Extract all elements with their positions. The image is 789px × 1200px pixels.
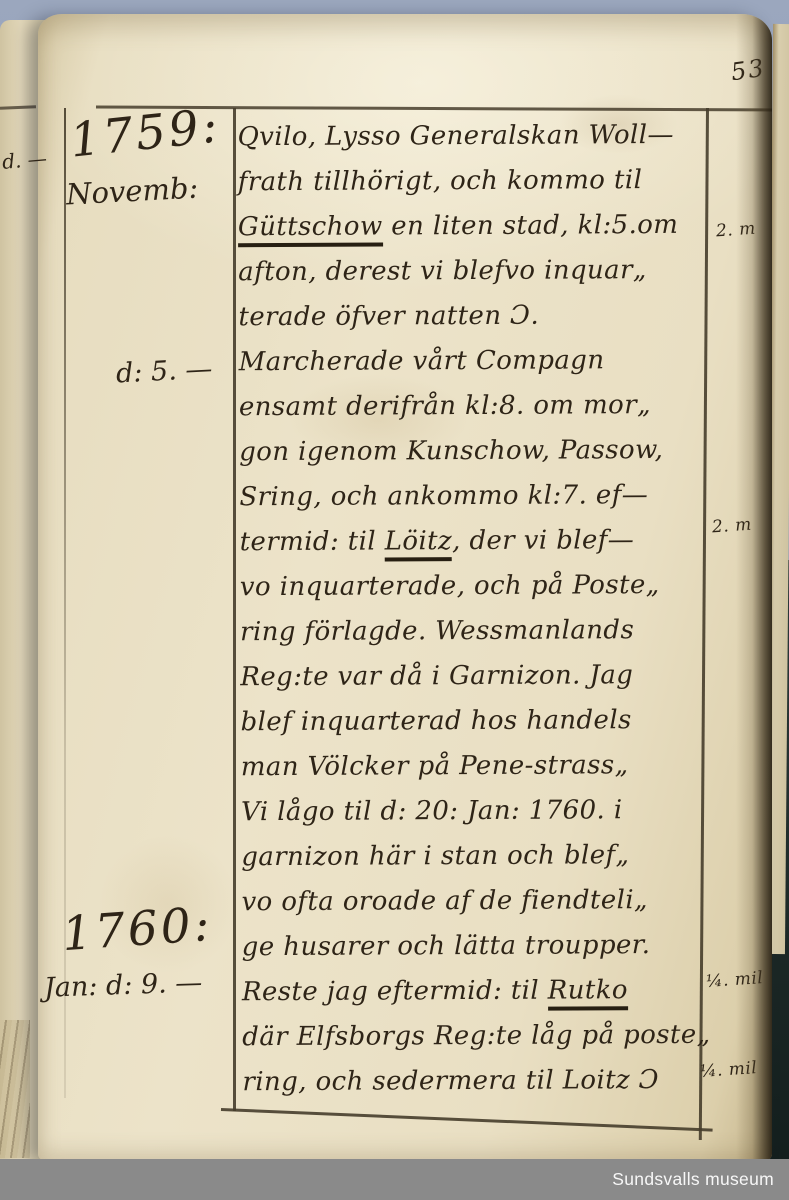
journal-line: Reste jag eftermid: til Rutko [242, 968, 710, 1015]
previous-page-text-fragment: d. — [1, 146, 47, 174]
journal-line: afton, derest vi blefvo inquar„ [238, 248, 706, 295]
manuscript-page: 53 1759: Novemb: d: 5. — 1760: Jan: d: 9… [38, 14, 772, 1160]
journal-line: Qvilo, Lysso Generalskan Woll— [237, 113, 705, 160]
journal-line: terade öfver natten Ɔ. [238, 293, 706, 340]
table-rule-bottom [221, 1108, 713, 1132]
journal-line: ensamt derifrån kl:8. om mor„ [239, 383, 707, 430]
date-day-5: d: 5. — [115, 354, 213, 390]
museum-credit: Sundsvalls museum [612, 1159, 774, 1200]
journal-line: gon igenom Kunschow, Passow, [239, 428, 707, 475]
date-january-9: Jan: d: 9. — [44, 967, 203, 1004]
journal-line: man Völcker på Pene-strass„ [241, 743, 709, 790]
journal-line: garnizon här i stan och blef„ [241, 833, 709, 880]
journal-line: ring, och sedermera til Loitz Ɔ [242, 1058, 710, 1105]
journal-line: Sring, och ankommo kl:7. ef— [239, 473, 707, 520]
journal-line: ge husarer och lätta troupper. [242, 923, 710, 970]
page-fold-shadow [736, 14, 772, 1160]
table-rule-date-divider [233, 108, 236, 1111]
journal-line: vo ofta oroade af de fiendteli„ [241, 878, 709, 925]
date-month-november: Novemb: [65, 171, 199, 212]
journal-line: vo inquarterade, och på Poste„ [240, 563, 708, 610]
previous-page-rule [0, 105, 36, 110]
journal-line: där Elfsborgs Reg:te låg på poste„ [242, 1013, 710, 1060]
date-year-1760: 1760: [60, 897, 214, 962]
journal-text-block: Qvilo, Lysso Generalskan Woll— frath til… [237, 113, 710, 1105]
caption-bar: Sundsvalls museum [0, 1159, 789, 1200]
journal-line: Vi lågo til d: 20: Jan: 1760. i [241, 788, 709, 835]
journal-line: Reg:te var då i Garnizon. Jag [240, 653, 708, 700]
journal-line: blef inquarterad hos handels [240, 698, 708, 745]
journal-line: Marcherade vårt Compagn [239, 338, 707, 385]
photo-background: d. — 53 1759: Novemb: d: 5. — 1760: Jan:… [0, 0, 789, 1200]
journal-line: Güttschow en liten stad, kl:5.om [238, 203, 706, 250]
journal-line: ring förlagde. Wessmanlands [240, 608, 708, 655]
journal-line: frath tillhörigt, och kommo til [238, 158, 706, 205]
page-stack-edges [0, 1020, 30, 1158]
journal-line: termid: til Löitz, der vi blef— [240, 518, 708, 565]
date-year-1759: 1759: [68, 98, 223, 168]
